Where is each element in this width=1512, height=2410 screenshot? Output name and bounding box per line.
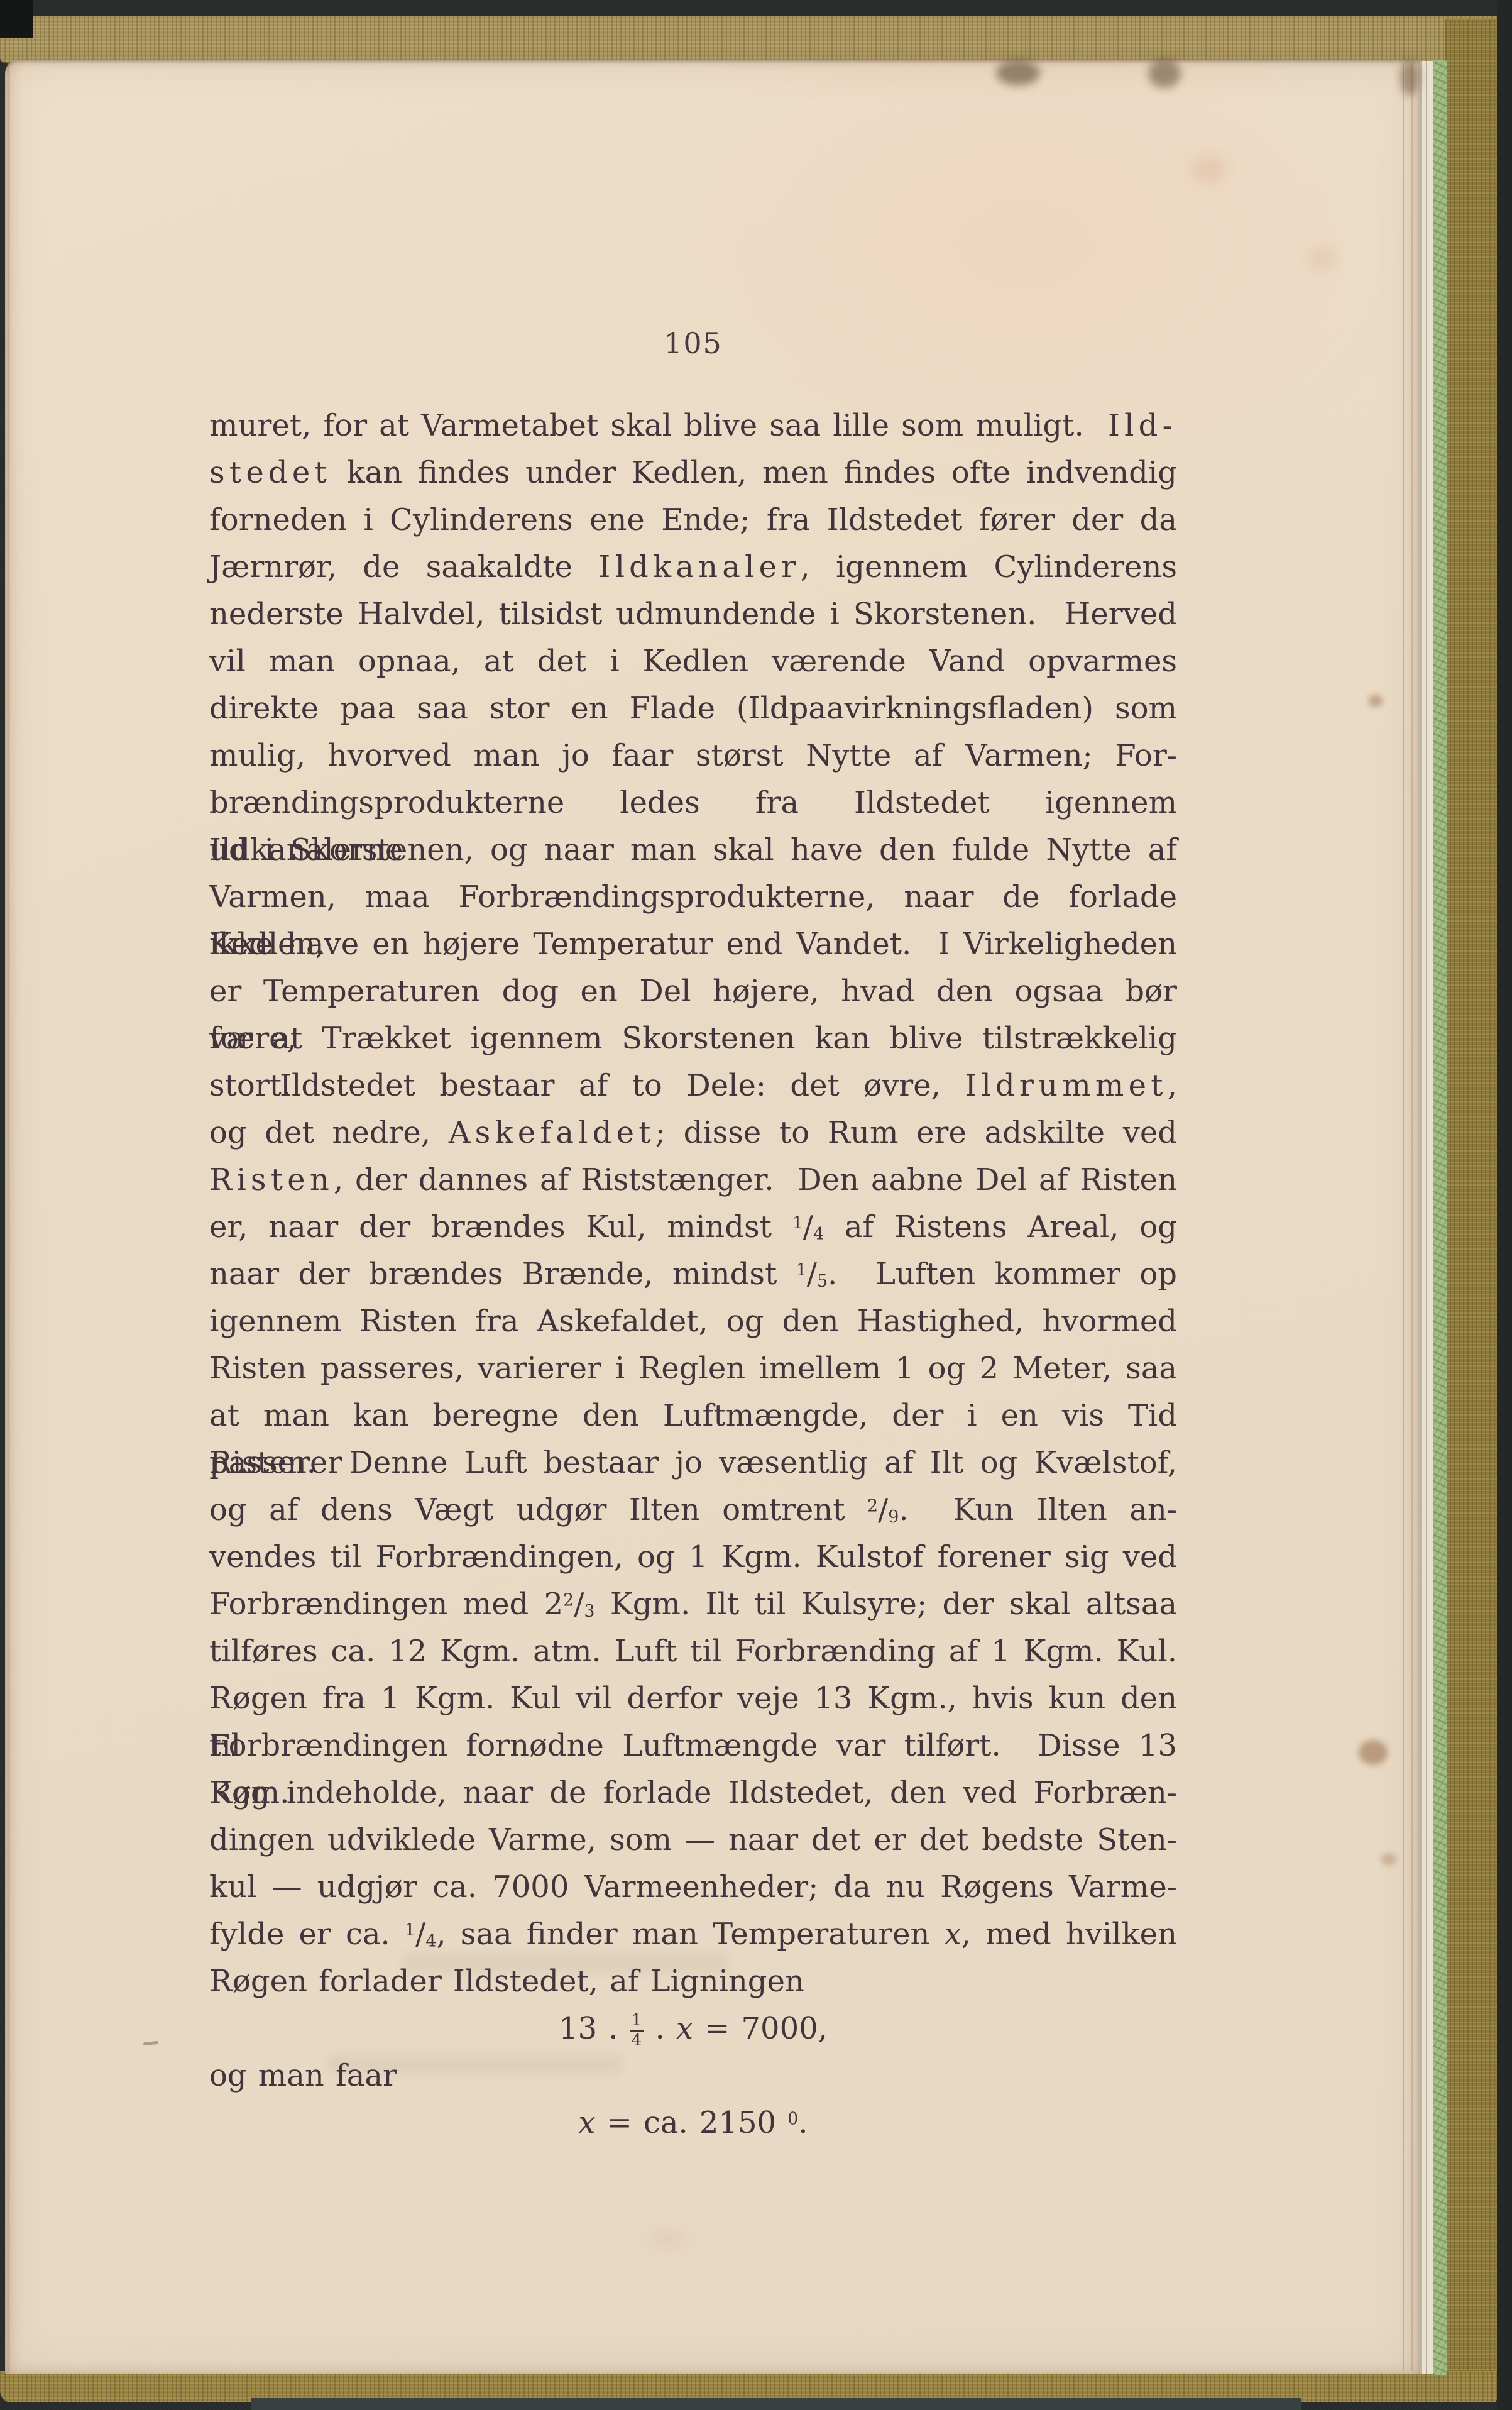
text-line: vil man opnaa, at det i Kedlen værende V…	[209, 638, 1177, 685]
text-line: kul — udgjør ca. 7000 Varmeenheder; da n…	[209, 1864, 1177, 1911]
text-line: er Temperaturen dog en Del højere, hvad …	[209, 968, 1177, 1015]
book-cloth-top-edge	[0, 16, 1512, 63]
show-through-ghost-text	[402, 1952, 729, 1974]
text-line: Risten passeres, varierer i Reglen imell…	[209, 1345, 1177, 1392]
page-fold-line	[1403, 63, 1404, 2371]
scanner-background-bottom	[251, 2398, 1301, 2410]
page-fold-line	[1411, 63, 1413, 2371]
text-line: stedet kan findes under Kedlen, men find…	[209, 449, 1177, 497]
book-scan: 105 muret, for at Varmetabet skal blive …	[0, 0, 1512, 2410]
text-line: Ildstedet bestaar af to Dele: det øvre, …	[209, 1062, 1177, 1109]
text-line: ud i Skorstenen, og naar man skal have d…	[209, 827, 1177, 874]
text-line: dingen udviklede Varme, som — naar det e…	[209, 1817, 1177, 1864]
text-line: Risten, der dannes af Riststænger. Den a…	[209, 1157, 1177, 1204]
green-endpaper-strip	[1433, 60, 1447, 2375]
text-line: Jærnrør, de saakaldte Ildkanaler, igenne…	[209, 544, 1177, 591]
text-line: naar der brændes Brænde, mindst 1/5. Luf…	[209, 1251, 1177, 1298]
text-line: Risten. Denne Luft bestaar jo væsentlig …	[209, 1439, 1177, 1487]
text-line: nederste Halvdel, tilsidst udmundende i …	[209, 591, 1177, 638]
equation-line: x = ca. 2150 0.	[209, 2099, 1177, 2147]
text-line: vendes til Forbrændingen, og 1 Kgm. Kuls…	[209, 1534, 1177, 1581]
text-line: at man kan beregne den Luftmængde, der i…	[209, 1392, 1177, 1439]
text-line: fylde er ca. 1/4, saa finder man Tempera…	[209, 1911, 1177, 1958]
text-line: tilføres ca. 12 Kgm. atm. Luft til Forbr…	[209, 1628, 1177, 1675]
text-line: Varmen, maa Forbrændingsprodukterne, naa…	[209, 874, 1177, 921]
text-line: Røg indeholde, naar de forlade Ildstedet…	[209, 1769, 1177, 1817]
text-line: for at Trækket igennem Skorstenen kan bl…	[209, 1015, 1177, 1062]
scanner-background-top-left	[0, 0, 33, 38]
scanner-background-right	[1497, 0, 1512, 2410]
show-through-ghost-text	[327, 2054, 622, 2074]
page-number: 105	[209, 326, 1177, 360]
text-line: direkte paa saa stor en Flade (Ildpaavir…	[209, 685, 1177, 732]
text-line: Forbrændingen med 22/3 Kgm. Ilt til Kuls…	[209, 1581, 1177, 1628]
text-line: og af dens Vægt udgør Ilten omtrent 2/9.…	[209, 1487, 1177, 1534]
page-block-edge	[1420, 61, 1433, 2374]
body-text: muret, for at Varmetabet skal blive saa …	[209, 402, 1177, 2147]
text-line: brændingsprodukterne ledes fra Ildstedet…	[209, 779, 1177, 827]
text-line: er, naar der brændes Kul, mindst 1/4 af …	[209, 1204, 1177, 1251]
text-line: og det nedre, Askefaldet; disse to Rum e…	[209, 1109, 1177, 1157]
text-line: forneden i Cylinderens ene Ende; fra Ild…	[209, 497, 1177, 544]
text-line: ikke have en højere Temperatur end Vande…	[209, 921, 1177, 968]
stacked-fraction: 14	[630, 2011, 644, 2050]
text-line: Røgen fra 1 Kgm. Kul vil derfor veje 13 …	[209, 1675, 1177, 1722]
text-line: igennem Risten fra Askefaldet, og den Ha…	[209, 1298, 1177, 1345]
book-cloth-right-edge	[1445, 19, 1497, 2400]
equation-line: 13 . 14 . x = 7000,	[209, 2005, 1177, 2052]
book-page: 105 muret, for at Varmetabet skal blive …	[5, 60, 1420, 2374]
text-line: muret, for at Varmetabet skal blive saa …	[209, 402, 1177, 449]
gutter-crease	[8, 61, 9, 2373]
text-line: mulig, hvorved man jo faar størst Nytte …	[209, 732, 1177, 779]
text-line: Forbrændingen fornødne Luftmængde var ti…	[209, 1722, 1177, 1769]
